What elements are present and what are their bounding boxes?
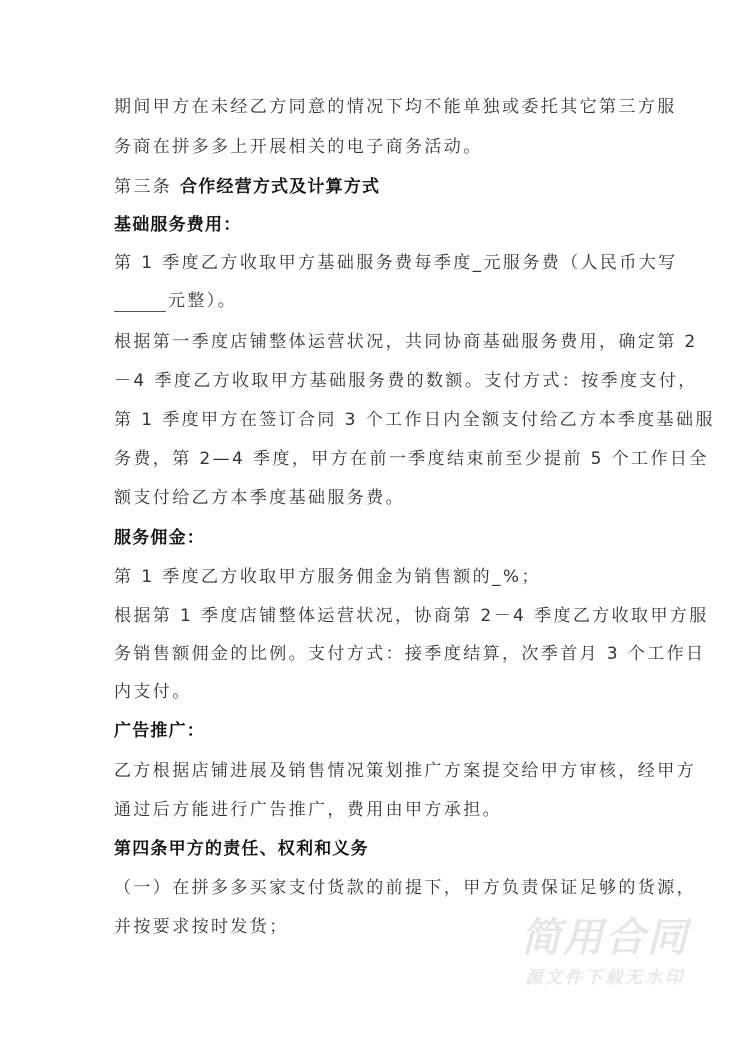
heading-text: 服务佣金： bbox=[114, 528, 205, 548]
paragraph-line: 额支付给乙方本季度基础服务费。 bbox=[114, 487, 674, 509]
line-text: 第 1 季度乙方收取甲方基础服务费每季度_元服务费（人民币大写 bbox=[114, 253, 678, 273]
paragraph-line: （一）在拼多多买家支付货款的前提下，甲方负责保证足够的货源， bbox=[114, 877, 674, 899]
article-number: 第三条 bbox=[114, 177, 180, 197]
line-text: （一）在拼多多买家支付货款的前提下，甲方负责保证足够的货源， bbox=[114, 878, 696, 898]
line-text: －4 季度乙方收取甲方基础服务费的数额。支付方式：按季度支付， bbox=[114, 371, 698, 391]
paragraph-line: 务费，第 2—4 季度，甲方在前一季度结束前至少提前 5 个工作日全 bbox=[114, 448, 674, 470]
line-text: 根据第一季度店铺整体运营状况，共同协商基础服务费用，确定第 2 bbox=[114, 332, 698, 352]
line-text: 并按要求按时发货； bbox=[114, 917, 289, 937]
section-heading-base-fee: 基础服务费用： bbox=[114, 214, 674, 236]
line-text: 务费，第 2—4 季度，甲方在前一季度结束前至少提前 5 个工作日全 bbox=[114, 449, 709, 469]
heading-text: 第四条甲方的责任、权利和义务 bbox=[114, 839, 369, 859]
paragraph-line: 务销售额佣金的比例。支付方式：接季度结算，次季首月 3 个工作日 bbox=[114, 643, 674, 665]
paragraph-line: 期间甲方在未经乙方同意的情况下均不能单独或委托其它第三方服 bbox=[114, 96, 674, 118]
line-text: 通过后方能进行广告推广，费用由甲方承担。 bbox=[114, 800, 502, 820]
document-page: 期间甲方在未经乙方同意的情况下均不能单独或委托其它第三方服 务商在拼多多上开展相… bbox=[0, 0, 742, 1049]
line-text: 第 1 季度甲方在签订合同 3 个工作日内全额支付给乙方本季度基础服 bbox=[114, 410, 715, 430]
line-text: 内支付。 bbox=[114, 682, 192, 702]
line-text: 根据第 1 季度店铺整体运营状况，协商第 2－4 季度乙方收取甲方服 bbox=[114, 606, 709, 626]
line-text: 务销售额佣金的比例。支付方式：接季度结算，次季首月 3 个工作日 bbox=[114, 644, 705, 664]
section-heading-commission: 服务佣金： bbox=[114, 527, 674, 549]
paragraph-line: 第 1 季度乙方收取甲方服务佣金为销售额的_%； bbox=[114, 566, 674, 588]
section-heading-advertising: 广告推广： bbox=[114, 720, 674, 742]
line-text: 额支付给乙方本季度基础服务费。 bbox=[114, 488, 405, 508]
line-text: 第 1 季度乙方收取甲方服务佣金为销售额的_%； bbox=[114, 567, 541, 587]
paragraph-line: 根据第 1 季度店铺整体运营状况，协商第 2－4 季度乙方收取甲方服 bbox=[114, 605, 674, 627]
line-text: 乙方根据店铺进展及销售情况策划推广方案提交给甲方审核，经甲方 bbox=[114, 761, 696, 781]
paragraph-line: 根据第一季度店铺整体运营状况，共同协商基础服务费用，确定第 2 bbox=[114, 331, 674, 353]
paragraph-line: 第 1 季度甲方在签订合同 3 个工作日内全额支付给乙方本季度基础服 bbox=[114, 409, 674, 431]
heading-text: 基础服务费用： bbox=[114, 215, 241, 235]
fill-in-blank bbox=[114, 294, 166, 312]
article-3-heading: 第三条 合作经营方式及计算方式 bbox=[114, 176, 674, 198]
paragraph-line: 并按要求按时发货； bbox=[114, 916, 674, 938]
paragraph-line: 乙方根据店铺进展及销售情况策划推广方案提交给甲方审核，经甲方 bbox=[114, 760, 674, 782]
paragraph-line: 务商在拼多多上开展相关的电子商务活动。 bbox=[114, 136, 674, 158]
article-4-heading: 第四条甲方的责任、权利和义务 bbox=[114, 838, 674, 860]
paragraph-line: 元整）。 bbox=[114, 290, 674, 312]
heading-text: 广告推广： bbox=[114, 721, 205, 741]
line-text: 期间甲方在未经乙方同意的情况下均不能单独或委托其它第三方服 bbox=[114, 97, 677, 117]
line-text: 务商在拼多多上开展相关的电子商务活动。 bbox=[114, 137, 483, 157]
paragraph-line: －4 季度乙方收取甲方基础服务费的数额。支付方式：按季度支付， bbox=[114, 370, 674, 392]
watermark-subtitle: 源文件下载无水印 bbox=[505, 967, 705, 989]
paragraph-line: 通过后方能进行广告推广，费用由甲方承担。 bbox=[114, 799, 674, 821]
paragraph-line: 内支付。 bbox=[114, 681, 674, 703]
line-text: 元整）。 bbox=[168, 291, 237, 311]
paragraph-line: 第 1 季度乙方收取甲方基础服务费每季度_元服务费（人民币大写 bbox=[114, 252, 674, 274]
article-title: 合作经营方式及计算方式 bbox=[180, 177, 380, 197]
